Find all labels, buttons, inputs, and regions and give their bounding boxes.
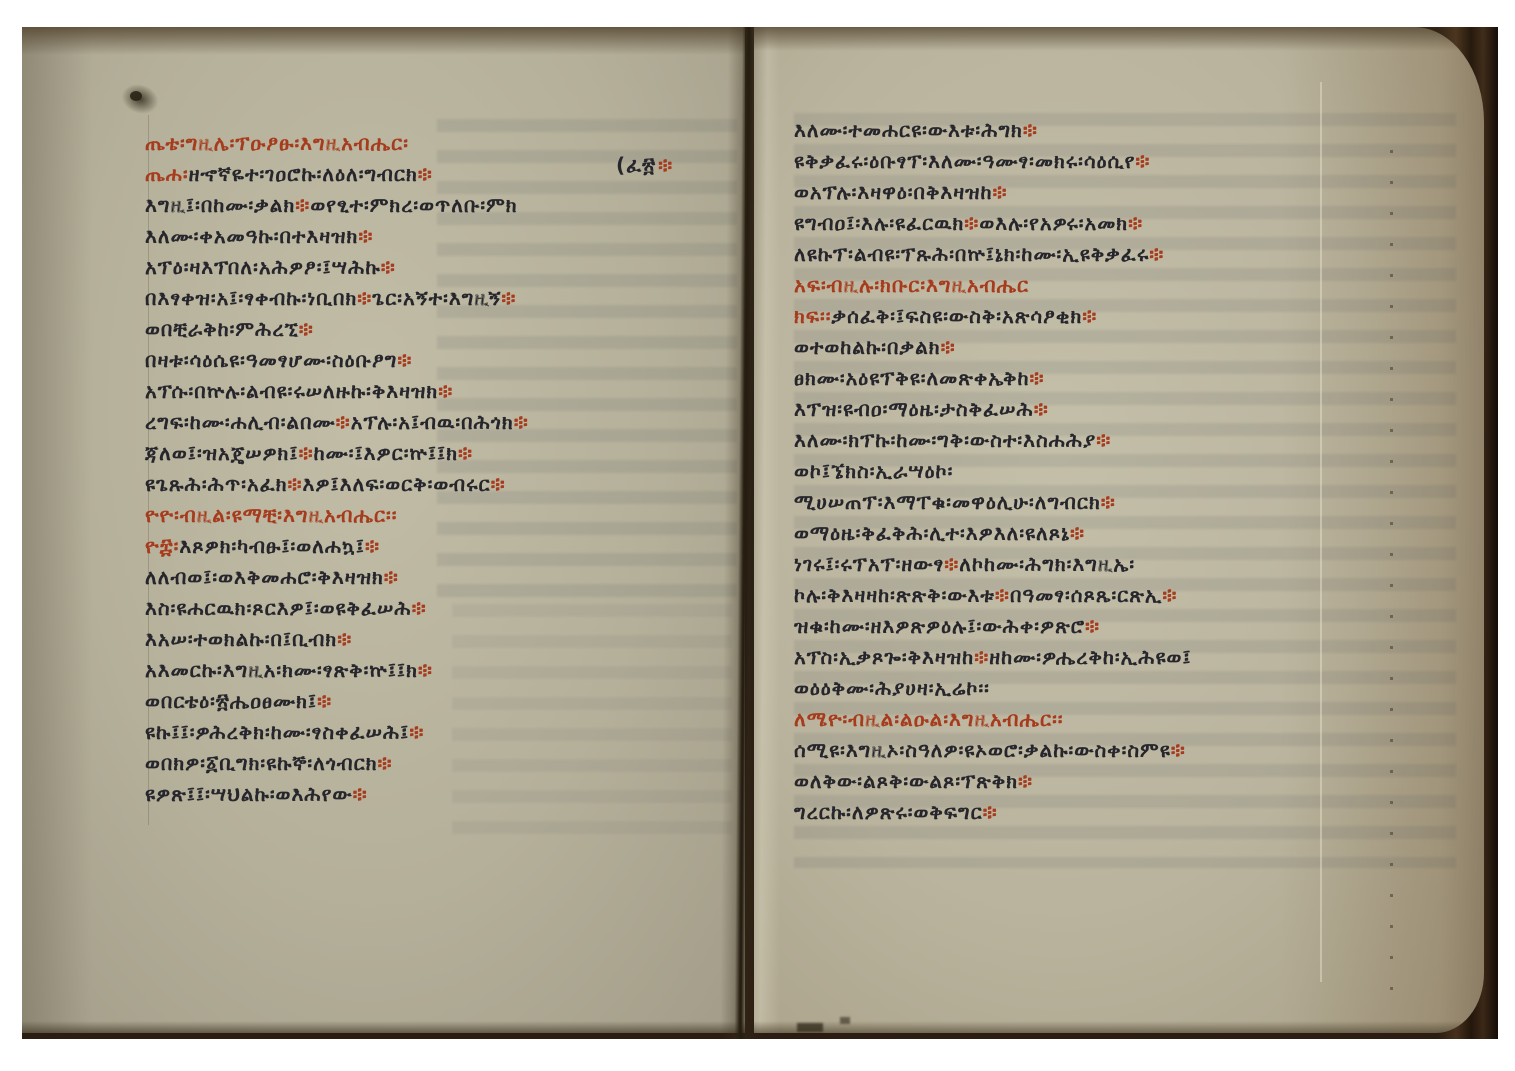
book-photo: ጤቴ፡ግዚሌ፡ፕዑፆፁ፡እግዚአብሔር፡ጤሐ፡ዘኆኛዬተ፡ገዐሮኩ፡ለዕለ፡ግብ…: [22, 27, 1498, 1039]
left-page-line-9: አፕሱ፡በኵሉ፡ልብዩ፡ሩሠለዙኩ፡ቅእዛዝክ፨: [145, 379, 453, 409]
text-segment: እፕዝ፡ዩብዐ፡ማዕዜ፡ታስቅፈሠሕ: [794, 397, 1034, 421]
text-segment: ዩጌጹሕ፡ሕጥ፡አፈክ: [145, 472, 288, 496]
parchment-crease: [1320, 82, 1322, 982]
right-page-line-11: እለሙ፡ክፕኩ፡ከሙ፡ግቅ፡ውስተ፡እስሐሕያ፨: [794, 428, 1111, 458]
right-page-line-12: ወኮ፤ኜክስ፡ኢራሣዕኮ፡: [794, 459, 953, 489]
left-page-line-2: ጤሐ፡ዘኆኛዬተ፡ገዐሮኩ፡ለዕለ፡ግብርክ፨(ፈ፳፨: [145, 162, 433, 192]
paragraph-mark: ፨: [501, 286, 516, 310]
paragraph-mark: ፨: [418, 162, 433, 186]
right-page-line-15: ነገሩ፤፡ሩፕአፕ፡ዘውፃ፨ለኮከሙ፡ሕግክ፡እግዚኤ፡: [794, 552, 1135, 582]
text-segment: ወበቺራቅከ፡ምሕረኚ: [145, 317, 299, 341]
paragraph-mark: ፨: [993, 180, 1008, 204]
text-segment: አእመርኩ፡እግዚአ፡ክሙ፡ፃጽቅ፡ኵ፤፤ክ: [145, 658, 418, 682]
ink-speck: [840, 1017, 850, 1024]
text-segment: ዩኩ፤፤፡ዎሕረቅክ፡ከሙ፡ፃስቀፈሠሕ፤: [145, 720, 409, 744]
text-segment: ነገሩ፤፡ሩፕአፕ፡ዘውፃ: [794, 552, 944, 576]
paragraph-mark: ፨: [941, 335, 956, 359]
paragraph-mark: ፨: [974, 645, 989, 669]
text-segment: ወለቅው፡ልጾቅ፡ውልጾ፡ፕጽቅክ: [794, 769, 1018, 793]
paragraph-mark: ፨: [1023, 118, 1038, 142]
right-page-line-5: ለዩኩፕ፡ልብዩ፡ፕጹሕ፡በኵ፤ኔክ፡ከሙ፡ኢዩቅቃፈሩ፨: [794, 242, 1164, 272]
book-gutter: [720, 27, 768, 1039]
ink-speck: [797, 1023, 823, 1032]
paragraph-mark: ፨: [397, 348, 412, 372]
pricking-holes: [1390, 122, 1393, 1012]
paragraph-mark: ፨: [336, 410, 351, 434]
paragraph-mark: ፨: [491, 472, 506, 496]
right-page-line-23: ግረርኩ፡ለዎጽሩ፡ወቅፍግር፨: [794, 800, 998, 830]
paragraph-mark: ፨: [1070, 521, 1085, 545]
text-segment: ለኮከሙ፡ሕግክ፡እግዚኤ፡: [959, 552, 1135, 576]
right-page-line-10: እፕዝ፡ዩብዐ፡ማዕዜ፡ታስቅፈሠሕ፨: [794, 397, 1049, 427]
right-page-line-13: ሚሀሠጠፕ፡እማፐቁ፡መዋዕሊሁ፡ለግብርክ፨: [794, 490, 1116, 520]
right-page-line-14: ወማዕዜ፡ቅፈቅሕ፡ሊተ፡እዎእለ፡ዩለጾኔ፨: [794, 521, 1085, 551]
text-segment: እዎ፤እለፍ፡ወርቅ፡ወብሩር: [303, 472, 491, 496]
right-page-line-17: ዝቁ፡ከሙ፡ዘእዎጽዎዕሉ፤፡ውሕቀ፡ዎጽሮ፨: [794, 614, 1100, 644]
text-segment: ሰሚዩ፡እግዚኦ፡ስዓለዎ፡ዩኦወሮ፡ቃልኩ፡ውስቀ፡ስምዩ: [794, 738, 1171, 762]
left-page-line-15: ለለብወ፤፡ወእቅመሐሮ፡ቅእዛዝክ፨: [145, 565, 399, 595]
paragraph-mark: ፨: [418, 658, 433, 682]
left-page-line-13: ዮዮ፡ብዚል፡ዩማቺ፡እግዚአብሔር፡፡: [145, 503, 398, 533]
paragraph-mark: ፨: [458, 441, 473, 465]
paragraph-mark: ፨: [1149, 242, 1164, 266]
text-segment: ዩቅቃፈሩ፡ዕቡፃፕ፡እለሙ፡ዓሙፃ፡መክሩ፡ሳዕሲየ: [794, 149, 1135, 173]
text-segment: እለሙ፡ተመሐርዩ፡ውእቱ፡ሕግክ: [794, 118, 1023, 142]
right-page-line-4: ዩግብዐ፤፡እሉ፡ዩፈርዉክ፨ወእሉ፡የአዎሩ፡አመክ፨: [794, 211, 1143, 241]
paragraph-mark: ፨: [1162, 583, 1177, 607]
text-segment: ዘኆኛዬተ፡ገዐሮኩ፡ለዕለ፡ግብርክ: [189, 162, 418, 186]
right-page-line-18: አፕስ፡ኢቃጾጐ፡ቅእዛዝከ፨ዘከሙ፡ዎሔረቅከ፡ኢሕዩወ፤: [794, 645, 1192, 675]
text-segment: ጌር፡አኝተ፡እግዚኝ: [372, 286, 501, 310]
paragraph-mark: ፨: [381, 255, 396, 279]
left-page-line-18: አእመርኩ፡እግዚአ፡ክሙ፡ፃጽቅ፡ኵ፤፤ክ፨: [145, 658, 433, 688]
left-page-line-6: በእፃቀዝ፡አ፤፡ፃቀብኩ፡ነቢበክ፨ጌር፡አኝተ፡እግዚኝ፨: [145, 286, 516, 316]
right-page-line-20: ለሜዮ፡ብዚል፡ልዑል፡እግዚአብሔር፡፡: [794, 707, 1064, 737]
text-segment: ለዩኩፕ፡ልብዩ፡ፕጹሕ፡በኵ፤ኔክ፡ከሙ፡ኢዩቅቃፈሩ: [794, 242, 1149, 266]
text-segment: ሚሀሠጠፕ፡እማፐቁ፡መዋዕሊሁ፡ለግብርክ: [794, 490, 1101, 514]
paragraph-mark: ፨: [358, 224, 373, 248]
paragraph-mark: ፨: [1085, 614, 1100, 638]
text-segment: ቃሰፈቅ፡፤ፍስዩ፡ውስቅ፡አጽሳፆቂክ: [831, 304, 1082, 328]
text-segment: ከሙ፡፤እዎር፡ኵ፤፤ክ: [314, 441, 458, 465]
paragraph-mark: ፨: [295, 193, 310, 217]
paragraph-mark: ፨: [299, 317, 314, 341]
paragraph-mark: ፨: [1096, 428, 1111, 452]
left-page-text-block: ጤቴ፡ግዚሌ፡ፕዑፆፁ፡እግዚአብሔር፡ጤሐ፡ዘኆኛዬተ፡ገዐሮኩ፡ለዕለ፡ግብ…: [22, 27, 745, 1033]
right-page-line-2: ዩቅቃፈሩ፡ዕቡፃፕ፡እለሙ፡ዓሙፃ፡መክሩ፡ሳዕሲየ፨: [794, 149, 1150, 179]
left-page-line-21: ወበክዎ፡፩ቢግክ፡ዩኩኞ፡ለጎብርክ፨: [145, 751, 393, 781]
text-segment: አፕሉ፡አ፤ብዉ፡በሕጎክ: [351, 410, 514, 434]
text-segment: ለለብወ፤፡ወእቅመሐሮ፡ቅእዛዝክ: [145, 565, 384, 589]
right-page-line-3: ወአፕሉ፡እዛዋዕ፡በቅእዛዝከ፨: [794, 180, 1008, 210]
manuscript-photo-page: ጤቴ፡ግዚሌ፡ፕዑፆፁ፡እግዚአብሔር፡ጤሐ፡ዘኆኛዬተ፡ገዐሮኩ፡ለዕለ፡ግብ…: [0, 0, 1515, 1071]
text-segment: እግዚ፤፡በከሙ፡ቃልክ: [145, 193, 295, 217]
paragraph-mark: ፨: [409, 720, 424, 744]
paragraph-mark: ፨: [1082, 304, 1097, 328]
left-page-line-22: ዩዎጽ፤፤፡ሣህልኩ፡ወእሕየው፨: [145, 782, 368, 812]
paragraph-mark: ፨: [378, 751, 393, 775]
paragraph-mark: ፨: [412, 596, 427, 620]
paragraph-mark: ፨: [317, 689, 332, 713]
text-segment: ወበክዎ፡፩ቢግክ፡ዩኩኞ፡ለጎብርክ: [145, 751, 378, 775]
text-segment: ወተወከልኩ፡በቃልክ: [794, 335, 941, 359]
text-segment: እጾዎክ፡ካብፁ፤፡ወለሐኳ፤: [179, 534, 365, 558]
paragraph-mark: ፨: [438, 379, 453, 403]
text-segment: ዩግብዐ፤፡እሉ፡ዩፈርዉክ: [794, 211, 964, 235]
text-segment: ረግፍ፡ከሙ፡ሐሊብ፡ልበሙ: [145, 410, 336, 434]
right-page-line-22: ወለቅው፡ልጾቅ፡ውልጾ፡ፕጽቅክ፨: [794, 769, 1033, 799]
text-segment: ዝቁ፡ከሙ፡ዘእዎጽዎዕሉ፤፡ውሕቀ፡ዎጽሮ: [794, 614, 1085, 638]
text-segment: ለሜዮ፡ብዚል፡ልዑል፡እግዚአብሔር፡፡: [794, 707, 1064, 731]
left-page-line-16: እስ፡ዩሐርዉክ፡ጾርእዎ፤፡ወዩቅፈሠሕ፨: [145, 596, 427, 626]
left-page-line-3: እግዚ፤፡በከሙ፡ቃልክ፨ወየፂተ፡ምክረ፡ወጥለቡ፡ምክ: [145, 193, 518, 223]
paragraph-mark: ፨: [384, 565, 399, 589]
right-page-line-6: አፍ፡ብዚሉ፡ክቡር፡እግዚአብሔር: [794, 273, 1029, 303]
paragraph-mark: ፨: [1101, 490, 1116, 514]
text-segment: ወማዕዜ፡ቅፈቅሕ፡ሊተ፡እዎእለ፡ዩለጾኔ: [794, 521, 1070, 545]
line-end-note: (ፈ፳፨: [615, 153, 674, 177]
text-segment: ወእሉ፡የአዎሩ፡አመክ: [979, 211, 1128, 235]
paragraph-mark: ፨: [514, 410, 529, 434]
text-segment: (ፈ፳: [615, 153, 657, 177]
paragraph-mark: ፨: [1135, 149, 1150, 173]
left-page-line-17: እአሠ፡ተወክልኩ፡በ፤ቢብክ፨: [145, 627, 352, 657]
text-segment: ኮሉ፡ቅእዛዛከ፡ጽጽቅ፡ውእቱ: [794, 583, 995, 607]
paragraph-mark: ፨: [337, 627, 352, 651]
paragraph-mark: ፨: [299, 441, 314, 465]
right-page-text-block: እለሙ፡ተመሐርዩ፡ውእቱ፡ሕግክ፨ዩቅቃፈሩ፡ዕቡፃፕ፡እለሙ፡ዓሙፃ፡መክሩ…: [754, 27, 1484, 1033]
paragraph-mark: ፨: [353, 782, 368, 806]
left-page-line-10: ረግፍ፡ከሙ፡ሐሊብ፡ልበሙ፨አፕሉ፡አ፤ብዉ፡በሕጎክ፨: [145, 410, 529, 440]
text-segment: ወየፂተ፡ምክረ፡ወጥለቡ፡ምክ: [310, 193, 517, 217]
left-page-line-11: ጃለወ፤፡ዝአጄሠዎክ፤፨ከሙ፡፤እዎር፡ኵ፤፤ክ፨: [145, 441, 473, 471]
text-segment: እለሙ፡ቀአመዓኩ፡በተእዛዝክ: [145, 224, 358, 248]
paragraph-mark: ፨: [964, 211, 979, 235]
paragraph-mark: ፨: [357, 286, 372, 310]
left-page-line-5: አፕዕ፡ዛእፕበለ፡አሕዎፆ፡፤ሣሕኩ፨: [145, 255, 396, 285]
paragraph-mark: ፨: [657, 153, 674, 177]
paragraph-mark: ፨: [1171, 738, 1186, 762]
text-segment: አፕስ፡ኢቃጾጐ፡ቅእዛዝከ: [794, 645, 974, 669]
left-page-line-7: ወበቺራቅከ፡ምሕረኚ፨: [145, 317, 314, 347]
text-segment: አፕዕ፡ዛእፕበለ፡አሕዎፆ፡፤ሣሕኩ: [145, 255, 381, 279]
paragraph-mark: ፨: [1030, 366, 1045, 390]
paragraph-mark: ፨: [995, 583, 1010, 607]
right-page-line-19: ወዕዕቅሙ፡ሕያሀዛ፡ኢሬኮ፡፡: [794, 676, 990, 706]
text-segment: ወዕዕቅሙ፡ሕያሀዛ፡ኢሬኮ፡፡: [794, 676, 990, 700]
text-segment: ጤሐ፡: [145, 162, 189, 186]
paragraph-mark: ፨: [288, 472, 303, 496]
text-segment: እለሙ፡ክፕኩ፡ከሙ፡ግቅ፡ውስተ፡እስሐሕያ: [794, 428, 1096, 452]
right-page-line-21: ሰሚዩ፡እግዚኦ፡ስዓለዎ፡ዩኦወሮ፡ቃልኩ፡ውስቀ፡ስምዩ፨: [794, 738, 1186, 768]
right-page-line-9: ፀክሙ፡አዕዩፕቅዩ፡ለመጽቀኤቅከ፨: [794, 366, 1045, 396]
text-segment: እስ፡ዩሐርዉክ፡ጾርእዎ፤፡ወዩቅፈሠሕ: [145, 596, 412, 620]
right-page-line-16: ኮሉ፡ቅእዛዛከ፡ጽጽቅ፡ውእቱ፨በዓመፃ፡ሰጾጼ፡ርጽኢ፨: [794, 583, 1177, 613]
text-segment: ወኮ፤ኜክስ፡ኢራሣዕኮ፡: [794, 459, 953, 483]
paragraph-mark: ፨: [1128, 211, 1143, 235]
text-segment: ዮዮ፡ብዚል፡ዩማቺ፡እግዚአብሔር፡፡: [145, 503, 398, 527]
left-page-line-20: ዩኩ፤፤፡ዎሕረቅክ፡ከሙ፡ፃስቀፈሠሕ፤፨: [145, 720, 424, 750]
left-page-line-8: በዛቱ፡ሳዕሴዩ፡ዓመፃሆሙ፡ስዕቡፆግ፨: [145, 348, 412, 378]
text-segment: አፍ፡ብዚሉ፡ክቡር፡እግዚአብሔር: [794, 273, 1029, 297]
text-segment: ጃለወ፤፡ዝአጄሠዎክ፤: [145, 441, 299, 465]
text-segment: ወበርቴዕ፡፳ሔዐፀሙክ፤: [145, 689, 317, 713]
right-page-line-1: እለሙ፡ተመሐርዩ፡ውእቱ፡ሕግክ፨: [794, 118, 1038, 148]
text-segment: እአሠ፡ተወክልኩ፡በ፤ቢብክ: [145, 627, 337, 651]
left-page-line-14: ዮ፰፡እጾዎክ፡ካብፁ፤፡ወለሐኳ፤፨: [145, 534, 380, 564]
paragraph-mark: ፨: [983, 800, 998, 824]
text-segment: ፀክሙ፡አዕዩፕቅዩ፡ለመጽቀኤቅከ: [794, 366, 1030, 390]
text-segment: በዓመፃ፡ሰጾጼ፡ርጽኢ: [1010, 583, 1162, 607]
right-page-line-7: ክፍ፡፡ቃሰፈቅ፡፤ፍስዩ፡ውስቅ፡አጽሳፆቂክ፨: [794, 304, 1097, 334]
right-page: እለሙ፡ተመሐርዩ፡ውእቱ፡ሕግክ፨ዩቅቃፈሩ፡ዕቡፃፕ፡እለሙ፡ዓሙፃ፡መክሩ…: [754, 27, 1484, 1033]
left-page-line-19: ወበርቴዕ፡፳ሔዐፀሙክ፤፨: [145, 689, 332, 719]
right-page-line-8: ወተወከልኩ፡በቃልክ፨: [794, 335, 956, 365]
text-segment: ክፍ፡፡: [794, 304, 831, 328]
text-segment: ጤቴ፡ግዚሌ፡ፕዑፆፁ፡እግዚአብሔር፡: [145, 131, 409, 155]
text-segment: በእፃቀዝ፡አ፤፡ፃቀብኩ፡ነቢበክ: [145, 286, 357, 310]
text-segment: ግረርኩ፡ለዎጽሩ፡ወቅፍግር: [794, 800, 983, 824]
left-page-line-12: ዩጌጹሕ፡ሕጥ፡አፈክ፨እዎ፤እለፍ፡ወርቅ፡ወብሩር፨: [145, 472, 506, 502]
text-segment: ዩዎጽ፤፤፡ሣህልኩ፡ወእሕየው: [145, 782, 353, 806]
left-page-line-1: ጤቴ፡ግዚሌ፡ፕዑፆፁ፡እግዚአብሔር፡: [145, 131, 409, 161]
left-page: ጤቴ፡ግዚሌ፡ፕዑፆፁ፡እግዚአብሔር፡ጤሐ፡ዘኆኛዬተ፡ገዐሮኩ፡ለዕለ፡ግብ…: [22, 27, 745, 1033]
paragraph-mark: ፨: [365, 534, 380, 558]
text-segment: በዛቱ፡ሳዕሴዩ፡ዓመፃሆሙ፡ስዕቡፆግ: [145, 348, 397, 372]
paragraph-mark: ፨: [1034, 397, 1049, 421]
text-segment: ዘከሙ፡ዎሔረቅከ፡ኢሕዩወ፤: [989, 645, 1191, 669]
paragraph-mark: ፨: [944, 552, 959, 576]
text-segment: ወአፕሉ፡እዛዋዕ፡በቅእዛዝከ: [794, 180, 993, 204]
text-segment: ዮ፰፡: [145, 534, 179, 558]
paragraph-mark: ፨: [1018, 769, 1033, 793]
text-segment: አፕሱ፡በኵሉ፡ልብዩ፡ሩሠለዙኩ፡ቅእዛዝክ: [145, 379, 438, 403]
left-page-line-4: እለሙ፡ቀአመዓኩ፡በተእዛዝክ፨: [145, 224, 373, 254]
